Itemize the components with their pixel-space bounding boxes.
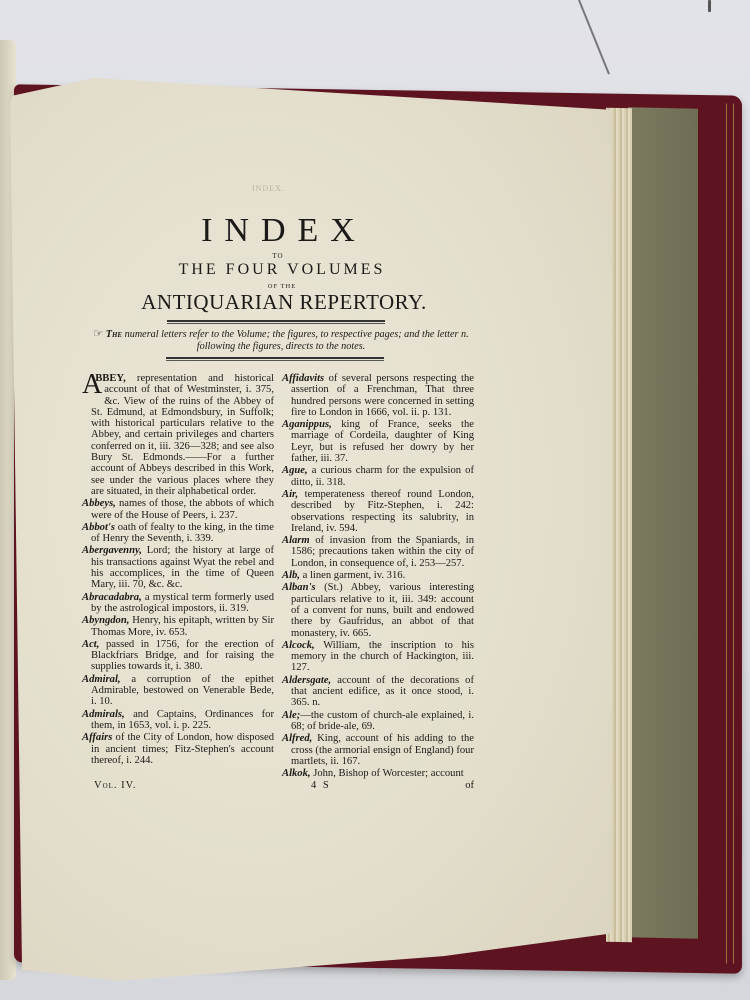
volume-signature: Vol. IV.	[94, 780, 137, 791]
index-columns: ABBEY, representation and historical acc…	[82, 373, 474, 780]
entry-headword: Alfred,	[282, 733, 312, 744]
catchword: of	[465, 780, 474, 791]
entry-text: —the custom of church-ale explained, i. …	[291, 710, 474, 732]
index-entry: Aldersgate, account of the decorations o…	[282, 675, 474, 709]
show-through-header: INDEX.	[252, 184, 285, 193]
entry-text: temperateness thereof round London, desc…	[291, 489, 474, 534]
entry-text: oath of fealty to the king, in the time …	[91, 522, 274, 544]
note-lead: The	[106, 329, 122, 340]
background-speck	[708, 0, 711, 12]
entry-headword: Alcock,	[282, 640, 315, 651]
index-entry: Alb, a linen garment, iv. 316.	[282, 570, 474, 581]
background-scratch	[578, 0, 610, 75]
entry-headword: Alarm	[282, 535, 310, 546]
entry-headword: Abbot's	[82, 522, 115, 533]
entry-headword: Alban's	[282, 582, 316, 593]
index-entry: Air, temperateness thereof round London,…	[282, 489, 474, 534]
index-entry: Admiral, a corruption of the epithet Adm…	[82, 674, 274, 708]
divider-rule	[167, 320, 385, 324]
usage-note: ☞ The numeral letters refer to the Volum…	[88, 328, 474, 353]
entry-headword: Aldersgate,	[282, 675, 331, 686]
entry-headword: Act,	[82, 639, 99, 650]
entry-text: John, Bishop of Worcester; account	[311, 768, 464, 779]
index-entry: Aganippus, king of France, seeks the mar…	[282, 419, 474, 464]
entry-headword: Affairs	[82, 732, 112, 743]
pointing-hand-icon: ☞	[93, 328, 103, 340]
entry-headword: Affidavits	[282, 373, 324, 384]
title-of-the: OF THE	[90, 283, 474, 290]
entry-headword: Abracadabra,	[82, 592, 142, 603]
entry-headword: Alkok,	[282, 768, 311, 779]
entry-text: King, account of his adding to the cross…	[291, 733, 474, 767]
title-to: TO	[82, 252, 474, 260]
index-entry: Admirals, and Captains, Ordinances for t…	[82, 709, 274, 732]
entry-headword: Abyngdon,	[82, 615, 129, 626]
entry-text: representation and historical account of…	[91, 373, 274, 497]
index-entry: Alfred, King, account of his adding to t…	[282, 733, 474, 767]
entry-headword: Admirals,	[82, 709, 125, 720]
entry-headword: BBEY,	[95, 373, 126, 384]
index-entry: Abbeys, names of those, the abbots of wh…	[82, 498, 274, 521]
index-entry: Alban's (St.) Abbey, various interesting…	[282, 582, 474, 638]
entry-headword: Ale;	[282, 710, 300, 721]
entry-text: names of those, the abbots of which were…	[91, 498, 274, 520]
entry-headword: Admiral,	[82, 674, 121, 685]
entry-text: passed in 1756, for the erection of Blac…	[91, 639, 274, 673]
entry-text: (St.) Abbey, various interesting particu…	[291, 582, 474, 638]
entry-headword: Abergavenny,	[82, 545, 142, 556]
entry-text: of the City of London, how disposed in a…	[91, 732, 274, 766]
index-entry: Ague, a curious charm for the expulsion …	[282, 465, 474, 488]
entry-headword: Abbeys,	[82, 498, 116, 509]
entry-headword: Alb,	[282, 570, 300, 581]
index-entry: Abergavenny, Lord; the history at large …	[82, 545, 274, 590]
index-entry: Alcock, William, the inscription to his …	[282, 640, 474, 674]
page-content: INDEX. INDEX TO THE FOUR VOLUMES OF THE …	[82, 192, 474, 791]
index-column-left: ABBEY, representation and historical acc…	[82, 373, 274, 780]
title-index: INDEX	[94, 212, 474, 250]
index-entry: Alkok, John, Bishop of Worcester; accoun…	[282, 768, 474, 779]
pastedown	[628, 107, 698, 938]
index-entry: Abbot's oath of fealty to the king, in t…	[82, 522, 274, 545]
index-entry: Abracadabra, a mystical term formerly us…	[82, 592, 274, 615]
entry-headword: Aganippus,	[282, 419, 332, 430]
index-entry: Abyngdon, Henry, his epitaph, written by…	[82, 615, 274, 638]
entry-text: of invasion from the Spaniards, in 1586;…	[291, 535, 474, 569]
divider-rule	[166, 357, 384, 361]
entry-text: a curious charm for the expulsion of dit…	[291, 465, 474, 487]
title-main: ANTIQUARIAN REPERTORY.	[94, 290, 474, 315]
gilt-tooling	[726, 103, 734, 963]
index-entry: Affairs of the City of London, how dispo…	[82, 732, 274, 766]
photo-scene: INDEX. INDEX TO THE FOUR VOLUMES OF THE …	[0, 0, 750, 1000]
index-entry: Act, passed in 1756, for the erection of…	[82, 639, 274, 673]
index-column-right: Affidavits of several persons respecting…	[282, 373, 474, 780]
title-four-volumes: THE FOUR VOLUMES	[90, 261, 474, 279]
note-text: numeral letters refer to the Volume; the…	[122, 329, 469, 352]
index-entry: Alarm of invasion from the Spaniards, in…	[282, 535, 474, 569]
index-entry: Affidavits of several persons respecting…	[282, 373, 474, 418]
page-signature: 4 S	[311, 780, 331, 791]
entry-text: William, the inscription to his memory i…	[291, 640, 474, 674]
entry-headword: Ague,	[282, 465, 308, 476]
index-entry: Ale;—the custom of church-ale explained,…	[282, 710, 474, 733]
entry-text: a linen garment, iv. 316.	[300, 570, 405, 581]
entry-headword: Air,	[282, 489, 298, 500]
page-footer: Vol. IV. 4 S of	[82, 780, 474, 791]
index-entry: ABBEY, representation and historical acc…	[82, 373, 274, 497]
